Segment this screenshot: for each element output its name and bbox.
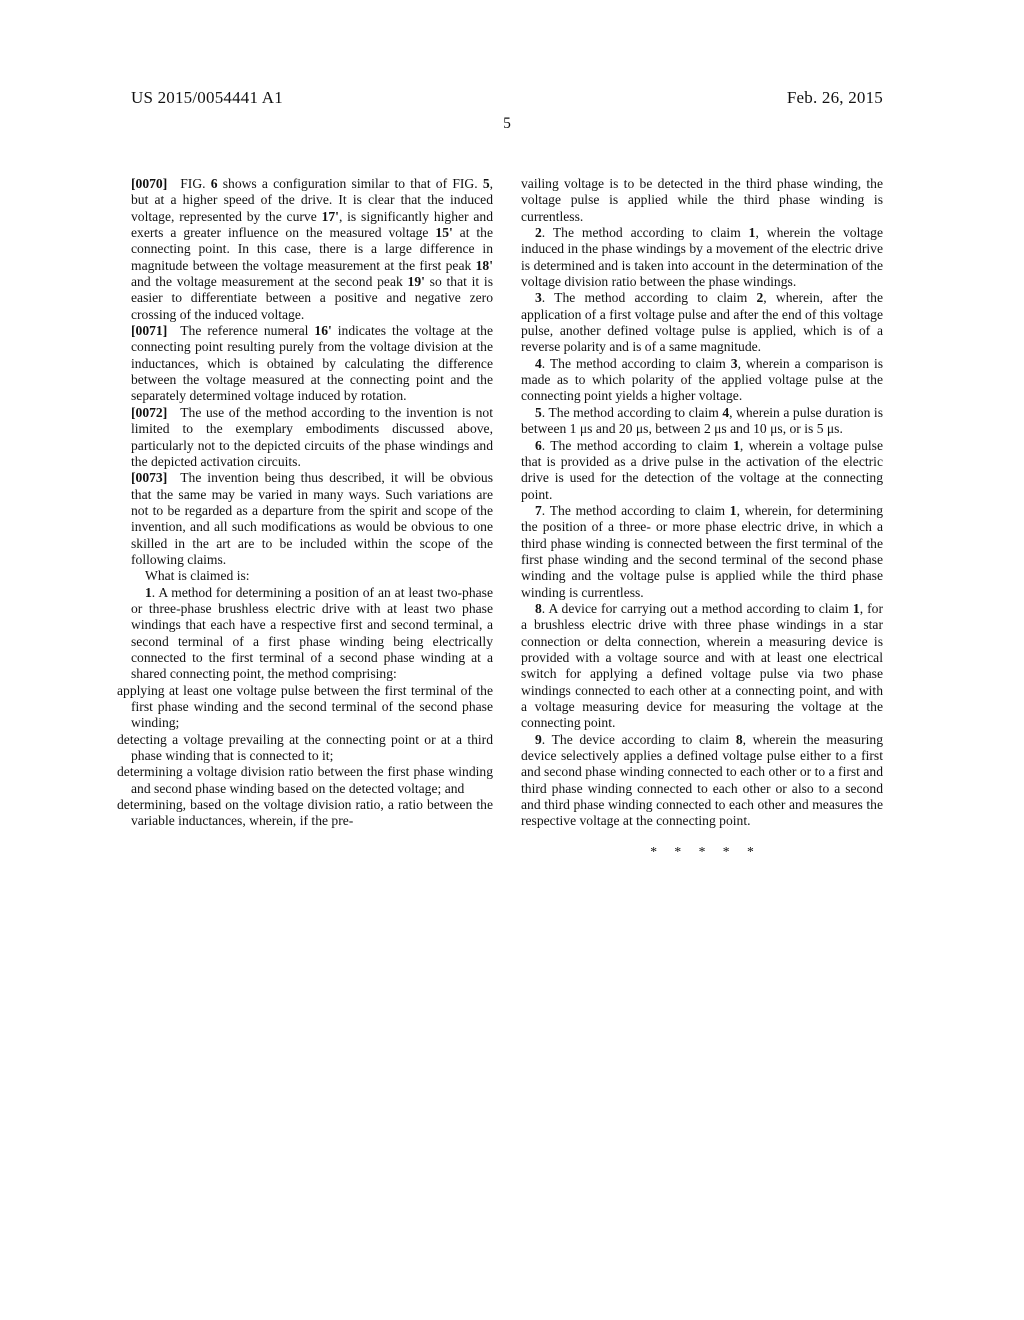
text-segment: shows a configuration similar to that of… bbox=[218, 176, 483, 191]
patent-number: US 2015/0054441 A1 bbox=[131, 88, 283, 108]
bold-reference-numeral: 3 bbox=[731, 356, 738, 371]
paragraph-tag: [0071] bbox=[131, 323, 167, 338]
bold-reference-numeral: 1 bbox=[145, 585, 152, 600]
paragraph-0070: [0070]FIG. 6 shows a configuration simil… bbox=[131, 176, 493, 323]
bold-reference-numeral: 3 bbox=[535, 290, 542, 305]
text-segment: * * * * * bbox=[650, 844, 754, 859]
claim-7: 7. The method according to claim 1, wher… bbox=[521, 503, 883, 601]
paragraph-0072: [0072]The use of the method according to… bbox=[131, 405, 493, 470]
text-segment: . A method for determining a position of… bbox=[131, 585, 493, 682]
bold-reference-numeral: 6 bbox=[535, 438, 542, 453]
bold-reference-numeral: 17' bbox=[322, 209, 339, 224]
text-segment: , for a brushless electric drive with th… bbox=[521, 601, 883, 730]
claim-1-clause-determining-ratio: determining a voltage division ratio bet… bbox=[131, 764, 493, 797]
end-of-claims-separator: * * * * * bbox=[521, 844, 883, 860]
claim-1-clause-detecting: detecting a voltage prevailing at the co… bbox=[131, 732, 493, 765]
bold-reference-numeral: 1 bbox=[730, 503, 737, 518]
claims-preamble: What is claimed is: bbox=[131, 568, 493, 584]
bold-reference-numeral: 6 bbox=[211, 176, 218, 191]
paragraph-tag: [0073] bbox=[131, 470, 167, 485]
bold-reference-numeral: 5 bbox=[535, 405, 542, 420]
paragraph-0073: [0073]The invention being thus described… bbox=[131, 470, 493, 568]
claim-1-clause-applying: applying at least one voltage pulse betw… bbox=[131, 683, 493, 732]
column-right: vailing voltage is to be detected in the… bbox=[521, 176, 883, 860]
claim-2: 2. The method according to claim 1, wher… bbox=[521, 225, 883, 290]
bold-reference-numeral: 15' bbox=[435, 225, 452, 240]
claim-9: 9. The device according to claim 8, wher… bbox=[521, 732, 883, 830]
claim-8: 8. A device for carrying out a method ac… bbox=[521, 601, 883, 732]
claim-3: 3. The method according to claim 2, wher… bbox=[521, 290, 883, 355]
bold-reference-numeral: 4 bbox=[535, 356, 542, 371]
text-segment: The invention being thus described, it w… bbox=[131, 470, 493, 567]
claim-6: 6. The method according to claim 1, wher… bbox=[521, 438, 883, 503]
bold-reference-numeral: 5 bbox=[483, 176, 490, 191]
text-segment: vailing voltage is to be detected in the… bbox=[521, 176, 883, 224]
text-segment: The use of the method according to the i… bbox=[131, 405, 493, 469]
page-header: US 2015/0054441 A1 Feb. 26, 2015 bbox=[131, 88, 883, 108]
claim-5: 5. The method according to claim 4, wher… bbox=[521, 405, 883, 438]
text-segment: and the voltage measurement at the secon… bbox=[131, 274, 408, 289]
claim-1-clause-continuation: vailing voltage is to be detected in the… bbox=[521, 176, 883, 225]
bold-reference-numeral: 8 bbox=[535, 601, 542, 616]
bold-reference-numeral: 2 bbox=[535, 225, 542, 240]
text-segment: . The method according to claim bbox=[542, 225, 749, 240]
paragraph-tag: [0070] bbox=[131, 176, 167, 191]
text-segment: FIG. bbox=[180, 176, 211, 191]
text-segment: . The method according to claim bbox=[542, 405, 723, 420]
text-segment: . A device for carrying out a method acc… bbox=[542, 601, 853, 616]
claim-1-clause-determining-inductances: determining, based on the voltage divisi… bbox=[131, 797, 493, 830]
patent-page: US 2015/0054441 A1 Feb. 26, 2015 5 [0070… bbox=[0, 0, 1024, 1320]
bold-reference-numeral: 18' bbox=[476, 258, 493, 273]
bold-reference-numeral: 16' bbox=[314, 323, 331, 338]
bold-reference-numeral: 9 bbox=[535, 732, 542, 747]
paragraph-tag: [0072] bbox=[131, 405, 167, 420]
bold-reference-numeral: 1 bbox=[853, 601, 860, 616]
claim-1: 1. A method for determining a position o… bbox=[131, 585, 493, 683]
text-segment: . The method according to claim bbox=[542, 356, 731, 371]
document-body: [0070]FIG. 6 shows a configuration simil… bbox=[131, 176, 883, 860]
page-number: 5 bbox=[131, 115, 883, 133]
bold-reference-numeral: 8 bbox=[736, 732, 743, 747]
text-segment: What is claimed is: bbox=[145, 568, 250, 583]
paragraph-0071: [0071]The reference numeral 16' indicate… bbox=[131, 323, 493, 405]
text-segment: applying at least one voltage pulse betw… bbox=[117, 683, 493, 731]
text-segment: detecting a voltage prevailing at the co… bbox=[117, 732, 493, 763]
bold-reference-numeral: 1 bbox=[733, 438, 740, 453]
text-segment: determining, based on the voltage divisi… bbox=[117, 797, 493, 828]
text-segment: determining a voltage division ratio bet… bbox=[117, 764, 493, 795]
text-segment: . The method according to claim bbox=[542, 503, 730, 518]
text-segment: The reference numeral bbox=[180, 323, 314, 338]
publication-date: Feb. 26, 2015 bbox=[787, 88, 883, 108]
text-segment: . The method according to claim bbox=[542, 438, 733, 453]
bold-reference-numeral: 7 bbox=[535, 503, 542, 518]
column-left: [0070]FIG. 6 shows a configuration simil… bbox=[131, 176, 493, 860]
claim-4: 4. The method according to claim 3, wher… bbox=[521, 356, 883, 405]
bold-reference-numeral: 19' bbox=[408, 274, 425, 289]
text-segment: . The method according to claim bbox=[542, 290, 757, 305]
text-segment: . The device according to claim bbox=[542, 732, 736, 747]
